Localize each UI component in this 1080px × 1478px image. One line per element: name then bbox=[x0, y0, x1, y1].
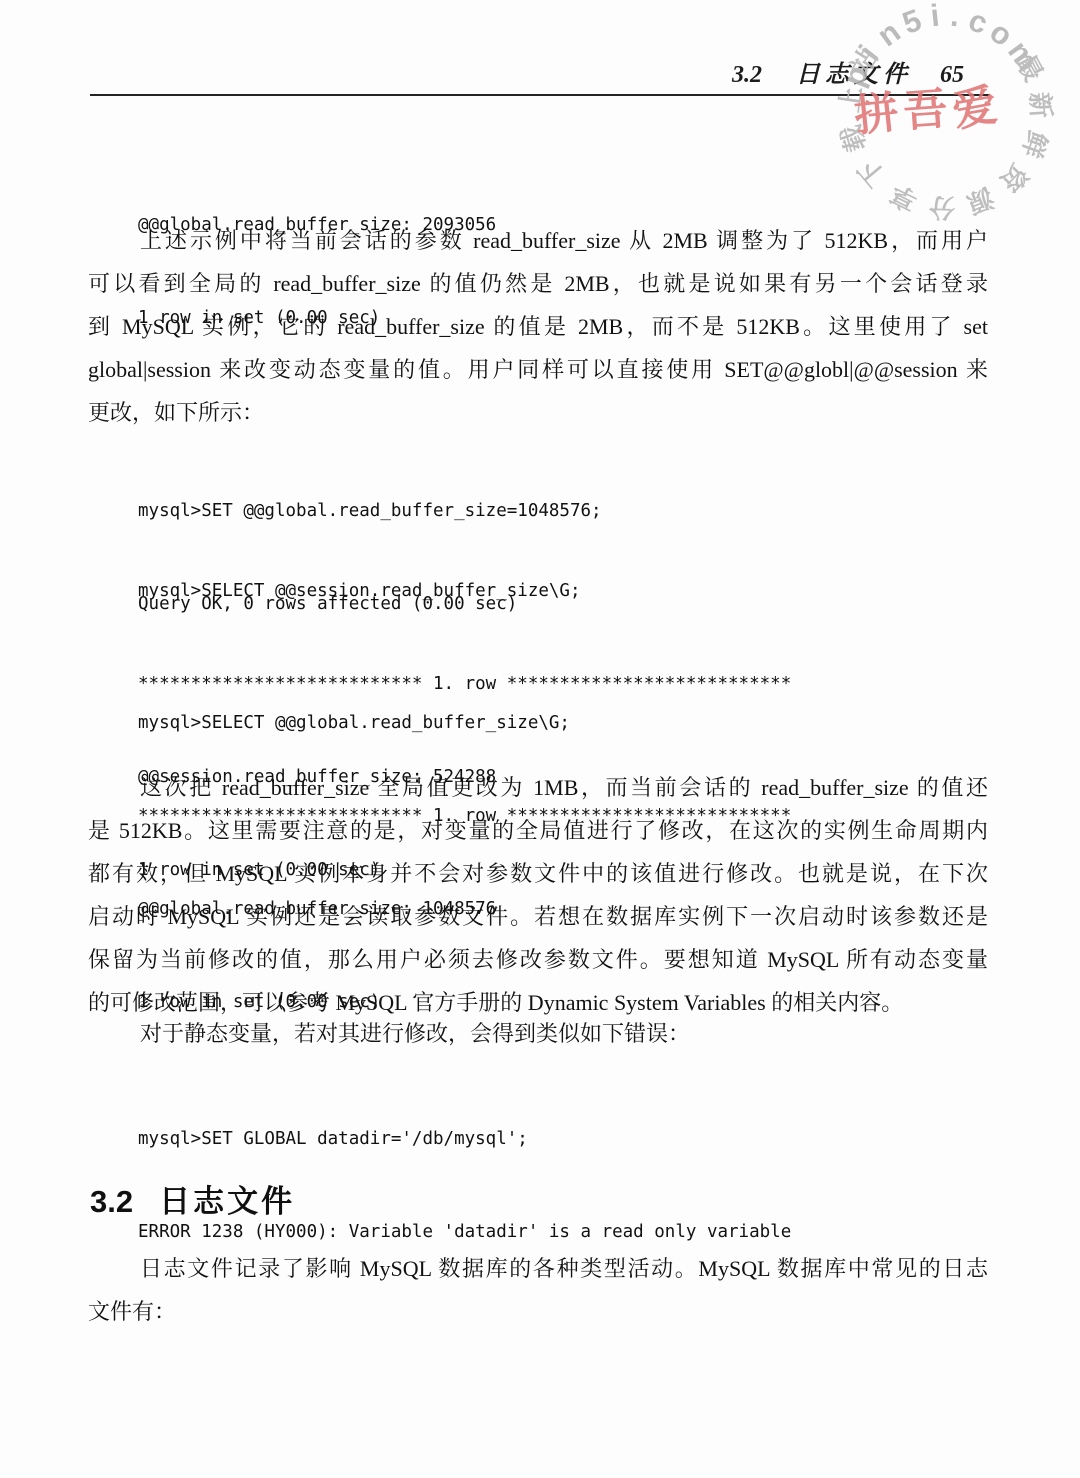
text-line: 更改，如下所示： bbox=[88, 391, 988, 434]
section-heading: 3.2日志文件 bbox=[90, 1176, 295, 1221]
paragraph-log-files-intro: 日志文件记录了影响 MySQL 数据库的各种类型活动。MySQL 数据库中常见的… bbox=[88, 1247, 988, 1333]
watermark-arc-letter: . bbox=[949, 0, 961, 34]
text-line: 对于静态变量，若对其进行修改，会得到类似如下错误： bbox=[88, 1012, 988, 1055]
watermark-arc-letter: i bbox=[929, 0, 941, 34]
text-line: 日志文件记录了影响 MySQL 数据库的各种类型活动。MySQL 数据库中常见的… bbox=[88, 1247, 988, 1290]
paragraph-global-change: 这次把 read_buffer_size 全局值更改为 1MB，而当前会话的 r… bbox=[88, 766, 988, 1024]
header-section-title: 日志文件 bbox=[796, 62, 912, 88]
watermark-arc-letter: m bbox=[1000, 34, 1045, 77]
text-line: 都有效，但 MySQL 实例本身并不会对参数文件中的该值进行修改。也就是说，在下… bbox=[88, 852, 988, 895]
book-page: 3.2 日志文件 65 p i n 5 i . c o m 最 新 鲜 资 源 … bbox=[0, 0, 1080, 1478]
text-line: 这次把 read_buffer_size 全局值更改为 1MB，而当前会话的 r… bbox=[88, 766, 988, 809]
section-heading-number: 3.2 bbox=[90, 1184, 133, 1219]
watermark-ring-char: 享 bbox=[883, 177, 923, 222]
text-line: global|session 来改变动态变量的值。用户同样可以直接使用 SET@… bbox=[88, 348, 988, 391]
header-section-number: 3.2 bbox=[732, 62, 762, 88]
text-line: 文件有： bbox=[88, 1290, 988, 1333]
watermark-ring-char: 新 bbox=[1023, 91, 1062, 120]
code-line: mysql>SET GLOBAL datadir='/db/mysql'; bbox=[138, 1124, 791, 1155]
watermark-ring-char: 下 bbox=[848, 152, 893, 196]
code-line: mysql>SELECT @@global.read_buffer_size\G… bbox=[138, 708, 791, 739]
watermark-ring-char: 载 bbox=[831, 121, 874, 156]
watermark-arc-letter: 5 bbox=[898, 2, 927, 42]
paragraph-set-session: 上述示例中将当前会话的参数 read_buffer_size 从 2MB 调整为… bbox=[88, 219, 988, 434]
watermark-ring-char: 源 bbox=[962, 180, 1000, 224]
text-line: 上述示例中将当前会话的参数 read_buffer_size 从 2MB 调整为… bbox=[88, 219, 988, 262]
header-rule bbox=[90, 94, 990, 96]
watermark-arc-letter: c bbox=[964, 2, 993, 42]
watermark-arc-letter: o bbox=[983, 14, 1019, 54]
watermark-ring-char: 最 bbox=[1009, 47, 1054, 87]
code-line: ERROR 1238 (HY000): Variable 'datadir' i… bbox=[138, 1217, 791, 1248]
running-header: 3.2 日志文件 65 bbox=[90, 54, 964, 89]
section-heading-title: 日志文件 bbox=[159, 1184, 295, 1219]
header-page-number: 65 bbox=[940, 62, 964, 88]
watermark-ring-char: 鲜 bbox=[1014, 126, 1058, 163]
paragraph-static-variables: 对于静态变量，若对其进行修改，会得到类似如下错误： bbox=[88, 1012, 988, 1055]
text-line: 可以看到全局的 read_buffer_size 的值仍然是 2MB，也就是说如… bbox=[88, 262, 988, 305]
watermark-ring-char: 资 bbox=[993, 157, 1038, 201]
watermark-arc-letter: n bbox=[871, 14, 907, 54]
text-line: 是 512KB。这里需要注意的是，对变量的全局值进行了修改，在这次的实例生命周期… bbox=[88, 809, 988, 852]
text-line: 保留为当前修改的值，那么用户必须去修改参数文件。要想知道 MySQL 所有动态变… bbox=[88, 938, 988, 981]
code-line: mysql>SELECT @@session.read_buffer_size\… bbox=[138, 576, 791, 607]
text-line: 到 MySQL 实例，它的 read_buffer_size 的值是 2MB，而… bbox=[88, 305, 988, 348]
text-line: 启动时 MySQL 实例还是会读取参数文件。若想在数据库实例下一次启动时该参数还… bbox=[88, 895, 988, 938]
